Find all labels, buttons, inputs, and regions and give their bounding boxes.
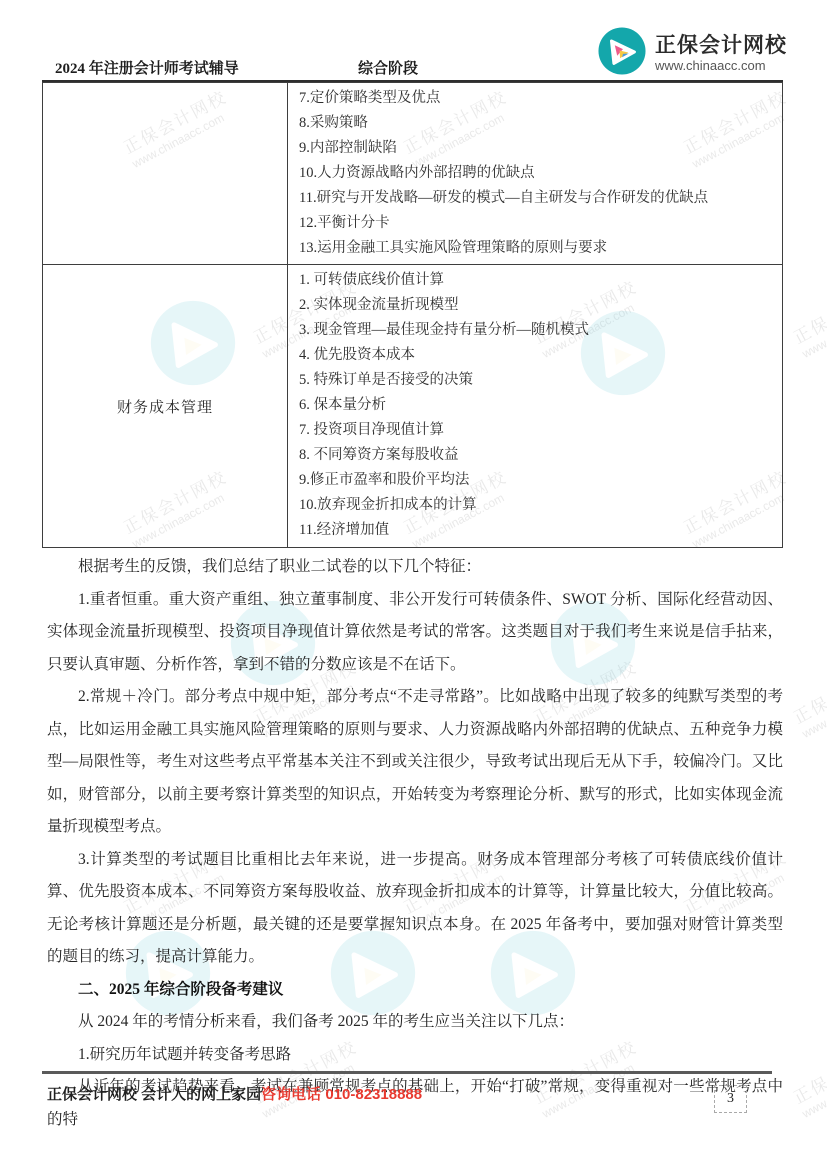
header-stage-label: 综合阶段 bbox=[358, 57, 418, 78]
paragraph: 从 2024 年的考情分析来看，我们备考 2025 年的考生应当关注以下几点： bbox=[47, 1006, 783, 1039]
subject-cell bbox=[43, 83, 288, 264]
paragraph: 1.重者恒重。重大资产重组、独立董事制度、非公开发行可转债条件、SWOT 分析、… bbox=[47, 584, 783, 682]
topic-line: 8.采购策略 bbox=[299, 111, 770, 136]
footer-phone-text: 咨询电话 010-82318888 bbox=[261, 1086, 422, 1103]
topic-line: 11.研究与开发战略—研发的模式—自主研发与合作研发的优缺点 bbox=[299, 186, 770, 211]
topic-line: 3. 现金管理—最佳现金持有量分析—随机模式 bbox=[299, 318, 770, 343]
table-row: 财务成本管理 1. 可转债底线价值计算2. 实体现金流量折现模型3. 现金管理—… bbox=[43, 264, 782, 547]
page-number: 3 bbox=[727, 1091, 734, 1107]
paragraph: 2.常规＋冷门。部分考点中规中矩，部分考点“不走寻常路”。比如战略中出现了较多的… bbox=[47, 681, 783, 844]
topic-line: 7.定价策略类型及优点 bbox=[299, 86, 770, 111]
topic-line: 10.放弃现金折扣成本的计算 bbox=[299, 493, 770, 518]
topic-line: 1. 可转债底线价值计算 bbox=[299, 268, 770, 293]
brand-site-url: www.chinaacc.com bbox=[655, 58, 787, 74]
brand-logo-icon bbox=[598, 27, 646, 80]
brand-logo: 正保会计网校 www.chinaacc.com bbox=[598, 27, 787, 80]
topic-line: 11.经济增加值 bbox=[299, 518, 770, 543]
footer-divider bbox=[42, 1071, 772, 1074]
table-row: 7.定价策略类型及优点8.采购策略9.内部控制缺陷10.人力资源战略内外部招聘的… bbox=[43, 83, 782, 264]
paragraph: 二、2025 年综合阶段备考建议 bbox=[47, 974, 783, 1007]
topic-line: 2. 实体现金流量折现模型 bbox=[299, 293, 770, 318]
paragraph: 1.研究历年试题并转变备考思路 bbox=[47, 1039, 783, 1072]
topic-line: 9.内部控制缺陷 bbox=[299, 136, 770, 161]
topic-list-cell: 7.定价策略类型及优点8.采购策略9.内部控制缺陷10.人力资源战略内外部招聘的… bbox=[288, 83, 782, 264]
subject-cell: 财务成本管理 bbox=[43, 265, 288, 547]
topic-line: 13.运用金融工具实施风险管理策略的原则与要求 bbox=[299, 236, 770, 261]
topic-line: 9.修正市盈率和股价平均法 bbox=[299, 468, 770, 493]
footer-brand-text: 正保会计网校 会计人的网上家园 bbox=[47, 1086, 261, 1103]
footer-text: 正保会计网校 会计人的网上家园咨询电话 010-82318888 bbox=[47, 1083, 422, 1104]
topic-line: 4. 优先股资本成本 bbox=[299, 343, 770, 368]
paragraph: 根据考生的反馈，我们总结了职业二试卷的以下几个特征： bbox=[47, 551, 783, 584]
document-page: 正保会计网校www.chinaacc.com正保会计网校www.chinaacc… bbox=[0, 0, 827, 1170]
topic-line: 6. 保本量分析 bbox=[299, 393, 770, 418]
topic-line: 5. 特殊订单是否接受的决策 bbox=[299, 368, 770, 393]
topic-list-cell: 1. 可转债底线价值计算2. 实体现金流量折现模型3. 现金管理—最佳现金持有量… bbox=[288, 265, 782, 547]
paragraph: 3.计算类型的考试题目比重相比去年来说，进一步提高。财务成本管理部分考核了可转债… bbox=[47, 844, 783, 974]
header-course-title: 2024 年注册会计师考试辅导 bbox=[55, 57, 239, 78]
brand-name: 正保会计网校 bbox=[655, 33, 787, 58]
topic-line: 10.人力资源战略内外部招聘的优缺点 bbox=[299, 161, 770, 186]
topic-line: 8. 不同筹资方案每股收益 bbox=[299, 443, 770, 468]
page-number-box: 3 bbox=[714, 1085, 747, 1113]
topic-line: 7. 投资项目净现值计算 bbox=[299, 418, 770, 443]
body-text: 根据考生的反馈，我们总结了职业二试卷的以下几个特征：1.重者恒重。重大资产重组、… bbox=[47, 551, 783, 1136]
topic-line: 12.平衡计分卡 bbox=[299, 211, 770, 236]
topics-table: 7.定价策略类型及优点8.采购策略9.内部控制缺陷10.人力资源战略内外部招聘的… bbox=[42, 82, 783, 548]
